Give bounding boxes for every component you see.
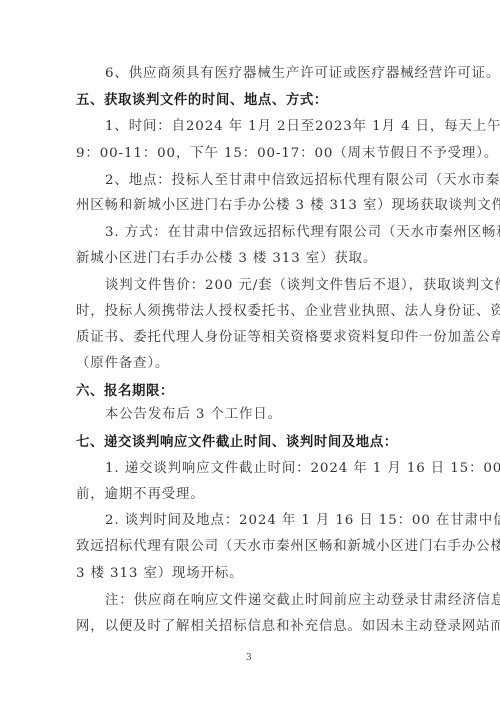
section-5-method-line-1: 3. 方式：在甘肃中信致远招标代理有限公司（天水市秦州区畅和 bbox=[105, 225, 426, 241]
section-5-time-line-1: 1、时间：自2024 年 1月 2日至2023年 1月 4 日，每天上午 bbox=[105, 119, 426, 135]
note-line-1: 注：供应商在响应文件递交截止时间前应主动登录甘肃经济信息 bbox=[105, 593, 426, 609]
section-7-venue-line-2: 致远招标代理有限公司（天水市秦州区畅和新城小区进门右手办公楼 bbox=[76, 539, 426, 555]
section-7-deadline-line-2: 前，逾期不再受理。 bbox=[76, 487, 426, 503]
item-6-medical-license: 6、供应商须具有医疗器械生产许可证或医疗器械经营许可证。 bbox=[105, 66, 426, 82]
section-5-price-line-2: 时，投标人须携带法人授权委托书、企业营业执照、法人身份证、资 bbox=[76, 304, 426, 320]
section-7-deadline-line-1: 1. 递交谈判响应文件截止时间：2024 年 1 月 16 日 15：00 之 bbox=[105, 461, 426, 477]
page-number: 3 bbox=[246, 653, 252, 663]
section-5-location-line-2: 州区畅和新城小区进门右手办公楼 3 楼 313 室）现场获取谈判文件。 bbox=[76, 198, 426, 214]
section-5-price-line-1: 谈判文件售价：200 元/套（谈判文件售后不退），获取谈判文件 bbox=[105, 278, 426, 294]
section-6-body: 本公告发布后 3 个工作日。 bbox=[105, 407, 426, 423]
section-7-venue-line-1: 2. 谈判时间及地点：2024 年 1 月 16 日 15：00 在甘肃中信 bbox=[105, 513, 426, 529]
document-page: 6、供应商须具有医疗器械生产许可证或医疗器械经营许可证。 五、获取谈判文件的时间… bbox=[0, 0, 500, 706]
section-5-method-line-2: 新城小区进门右手办公楼 3 楼 313 室）获取。 bbox=[76, 251, 426, 267]
section-5-price-line-4: （原件备查）。 bbox=[76, 356, 426, 372]
section-5-time-line-2: 9：00-11：00，下午 15：00-17：00（周末节假日不予受理）。 bbox=[76, 146, 426, 162]
section-7-venue-line-3: 3 楼 313 室）现场开标。 bbox=[76, 566, 426, 582]
section-5-price-line-3: 质证书、委托代理人身份证等相关资格要求资料复印件一份加盖公章 bbox=[76, 330, 426, 346]
section-5-location-line-1: 2、地点：投标人至甘肃中信致远招标代理有限公司（天水市秦 bbox=[105, 173, 426, 189]
section-6-heading: 六、报名期限： bbox=[76, 384, 426, 400]
section-5-heading: 五、获取谈判文件的时间、地点、方式： bbox=[76, 93, 426, 109]
note-line-2: 网，以便及时了解相关招标信息和补充信息。如因未主动登录网站而 bbox=[76, 619, 426, 635]
section-7-heading: 七、递交谈判响应文件截止时间、谈判时间及地点： bbox=[76, 435, 426, 451]
